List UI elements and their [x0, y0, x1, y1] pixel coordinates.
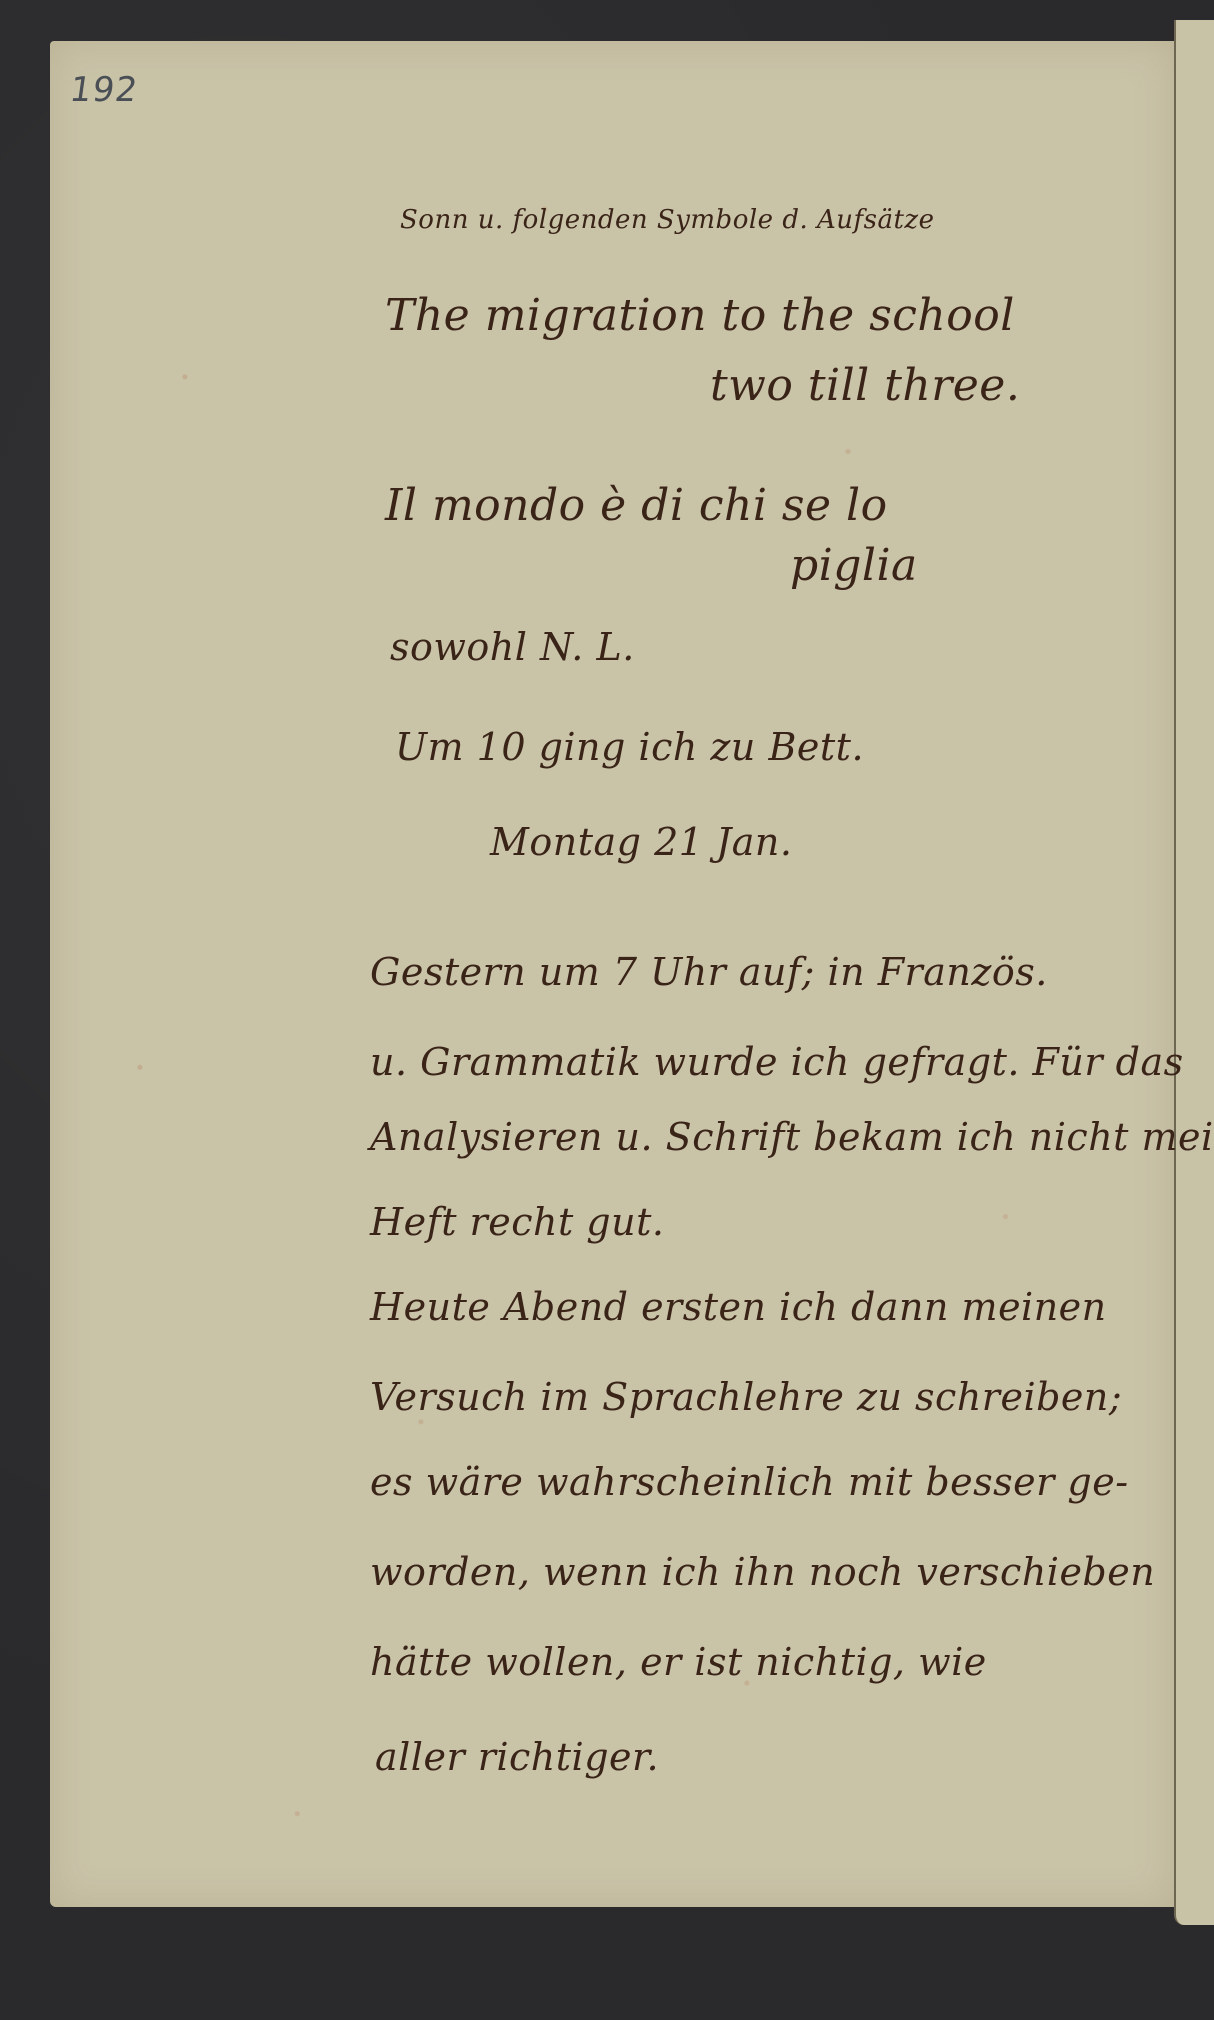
manuscript-line-17: hätte wollen, er ist nichtig, wie: [370, 1640, 987, 1684]
manuscript-line-4: Il mondo è di chi se lo: [385, 480, 888, 531]
manuscript-line-7: Um 10 ging ich zu Bett.: [395, 725, 864, 769]
manuscript-line-9: Gestern um 7 Uhr auf; in Französ.: [370, 950, 1048, 994]
manuscript-line-5: piglia: [790, 540, 918, 591]
manuscript-line-14: Versuch im Sprachlehre zu schreiben;: [370, 1375, 1122, 1419]
adjacent-page-edge: [1174, 20, 1214, 1925]
manuscript-line-15: es wäre wahrscheinlich mit besser ge-: [370, 1460, 1129, 1504]
manuscript-line-10: u. Grammatik wurde ich gefragt. Für das: [370, 1040, 1184, 1084]
manuscript-line-3: two till three.: [710, 360, 1020, 411]
manuscript-line-18: aller richtiger.: [375, 1735, 659, 1779]
manuscript-line-12: Heft recht gut.: [370, 1200, 664, 1244]
folio-number: 192: [67, 70, 141, 110]
date-heading: Montag 21 Jan.: [490, 820, 792, 864]
manuscript-line-2: The migration to the school: [385, 290, 1015, 341]
manuscript-line-16: worden, wenn ich ihn noch verschieben: [370, 1550, 1155, 1594]
manuscript-line-11: Analysieren u. Schrift bekam ich nicht m…: [370, 1115, 1214, 1159]
manuscript-line-13: Heute Abend ersten ich dann meinen: [370, 1285, 1107, 1329]
manuscript-line-6: sowohl N. L.: [390, 625, 635, 669]
manuscript-line-1: Sonn u. folgenden Symbole d. Aufsätze: [400, 205, 935, 235]
